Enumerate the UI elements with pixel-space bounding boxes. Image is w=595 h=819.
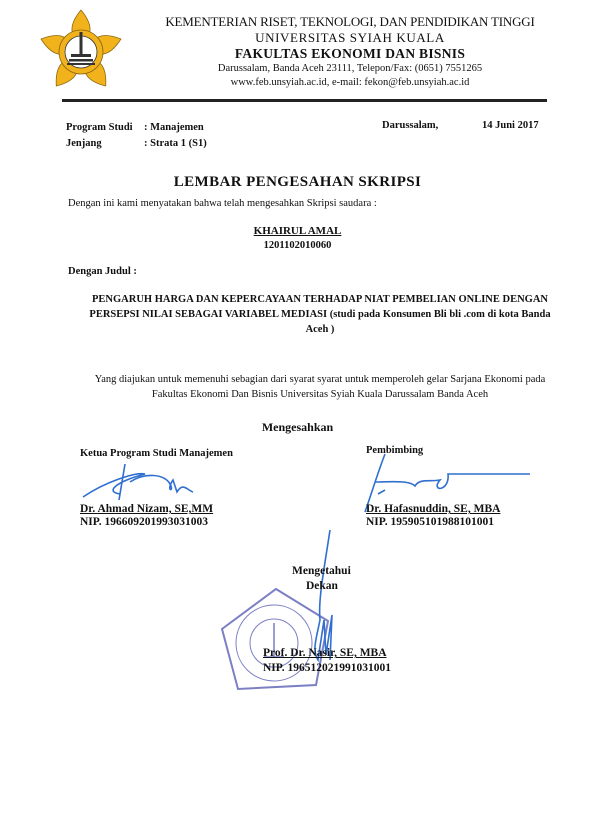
program-label: Program Studi bbox=[66, 122, 133, 133]
head-signature-icon bbox=[75, 462, 195, 502]
letterhead-divider bbox=[62, 99, 547, 102]
head-role: Ketua Program Studi Manajemen bbox=[80, 448, 233, 459]
university-name: UNIVERSITAS SYIAH KUALA bbox=[120, 30, 580, 46]
supervisor-nip: NIP. 195905101988101001 bbox=[366, 516, 494, 528]
address: Darussalam, Banda Aceh 23111, Telepon/Fa… bbox=[120, 63, 580, 74]
dean-nip: NIP. 196512021991031001 bbox=[263, 662, 391, 674]
head-nip: NIP. 196609201993031003 bbox=[80, 516, 208, 528]
program-value: : Manajemen bbox=[144, 122, 204, 133]
date: 14 Juni 2017 bbox=[482, 120, 539, 131]
purpose-text: Yang diajukan untuk memenuhi sebagian da… bbox=[70, 372, 570, 402]
web-contact: www.feb.unsyiah.ac.id, e-mail: fekon@feb… bbox=[120, 77, 580, 88]
purpose-line2: Fakultas Ekonomi Dan Bisnis Universitas … bbox=[70, 387, 570, 402]
head-name: Dr. Ahmad Nizam, SE,MM bbox=[80, 503, 213, 515]
faculty-name: FAKULTAS EKONOMI DAN BISNIS bbox=[120, 46, 580, 62]
level-value: : Strata 1 (S1) bbox=[144, 138, 207, 149]
thesis-title-line2-rest: (studi pada Konsumen Bli bli .com di kot… bbox=[327, 309, 550, 320]
thesis-title-line1: PENGARUH HARGA DAN KEPERCAYAAN TERHADAP … bbox=[70, 292, 570, 307]
university-crest-logo bbox=[38, 6, 124, 92]
dean-heading: Mengetahui bbox=[292, 565, 351, 577]
document-title: LEMBAR PENGESAHAN SKRIPSI bbox=[0, 174, 595, 191]
intro-text: Dengan ini kami menyatakan bahwa telah m… bbox=[68, 198, 377, 209]
purpose-line1: Yang diajukan untuk memenuhi sebagian da… bbox=[70, 372, 570, 387]
thesis-title-line3: Aceh ) bbox=[70, 322, 570, 337]
place: Darussalam, bbox=[382, 120, 438, 131]
supervisor-name: Dr. Hafasnuddin, SE, MBA bbox=[366, 503, 500, 515]
approval-heading: Mengesahkan bbox=[0, 420, 595, 435]
student-id: 1201102010060 bbox=[0, 240, 595, 251]
lotus-crest-icon bbox=[38, 6, 124, 92]
level-label: Jenjang bbox=[66, 138, 102, 149]
student-name: KHAIRUL AMAL bbox=[0, 225, 595, 237]
dean-name: Prof. Dr. Nasir, SE, MBA bbox=[263, 647, 387, 659]
dean-role: Dekan bbox=[306, 580, 338, 592]
ministry-name: KEMENTERIAN RISET, TEKNOLOGI, DAN PENDID… bbox=[120, 14, 580, 30]
thesis-title-line2: PERSEPSI NILAI SEBAGAI VARIABEL MEDIASI bbox=[89, 309, 327, 320]
judul-label: Dengan Judul : bbox=[68, 266, 137, 277]
thesis-title: PENGARUH HARGA DAN KEPERCAYAAN TERHADAP … bbox=[70, 292, 570, 337]
